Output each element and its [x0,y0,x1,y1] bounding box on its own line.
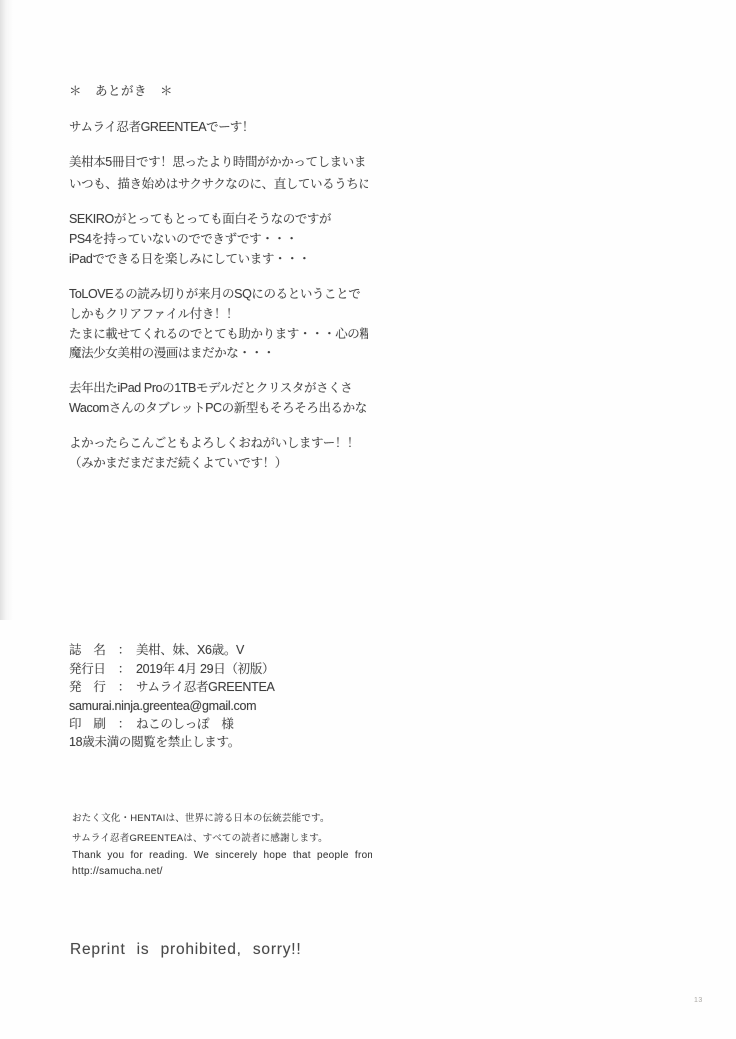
afterword-line: 美柑本5冊目です！思ったより時間がかかってしまいま [69,155,368,171]
reprint-notice: Reprint is prohibited, sorry!! [70,941,302,959]
footer-note-line: おたく文化・HENTAIは、世界に誇る日本の伝統芸能です。 [72,813,330,824]
afterword-line: PS4を持っていないのでできずです・・・ [69,232,298,248]
footer-note-line: Thank you for reading. We sincerely hope… [72,850,372,862]
afterword-line: WacomさんのタブレットPCの新型もそろそろ出るかな [69,401,368,417]
afterword-line: iPadでできる日を楽しみにしています・・・ [69,252,310,268]
page-number: 13 [694,997,703,1004]
afterword-title: ＊ あとがき ＊ [69,84,173,100]
afterword-line: 魔法少女美柑の漫画はまだかな・・・ [69,346,275,362]
afterword-line: SEKIROがとってもとっても面白そうなのですが [69,212,331,228]
scan-edge-shade [0,0,13,620]
afterword-line: よかったらこんごともよろしくおねがいしますー！！ [69,436,359,452]
colophon-title-line: 誌 名 ： 美柑、妹、X6歳。V [69,643,244,659]
colophon-publisher-line: 発 行 ： サムライ忍者GREENTEA [69,680,275,696]
footer-url-text: http://samucha.net/ [72,866,163,878]
afterword-line: 去年出たiPad Proの1TBモデルだとクリスタがさくさ [69,381,368,397]
colophon-email-line: samurai.ninja.greentea@gmail.com [69,699,256,715]
colophon-age-restriction-line: 18歳未満の閲覧を禁止します。 [69,735,240,751]
afterword-line: （みかまだまだまだ続くよていです！） [69,456,287,472]
afterword-line: ToLOVEるの読み切りが来月のSQにのるということで [69,287,360,303]
afterword-line: いつも、描き始めはサクサクなのに、直しているうちに… [69,177,368,193]
scanned-afterword-page: ＊ あとがき ＊ サムライ忍者GREENTEAでーす！ 美柑本5冊目です！思った… [0,0,736,1039]
colophon-printer-line: 印 刷 ： ねこのしっぽ 様 [69,717,234,733]
afterword-line: しかもクリアファイル付き！！ [69,307,238,323]
footer-note-line: サムライ忍者GREENTEAは、すべての読者に感謝します。 [72,833,328,844]
colophon-date-line: 発行日 ： 2019年 4月 29日（初版） [69,662,274,678]
afterword-line: サムライ忍者GREENTEAでーす！ [69,120,254,136]
afterword-line: たまに載せてくれるのでとても助かります・・・心の糧・ [69,327,368,343]
